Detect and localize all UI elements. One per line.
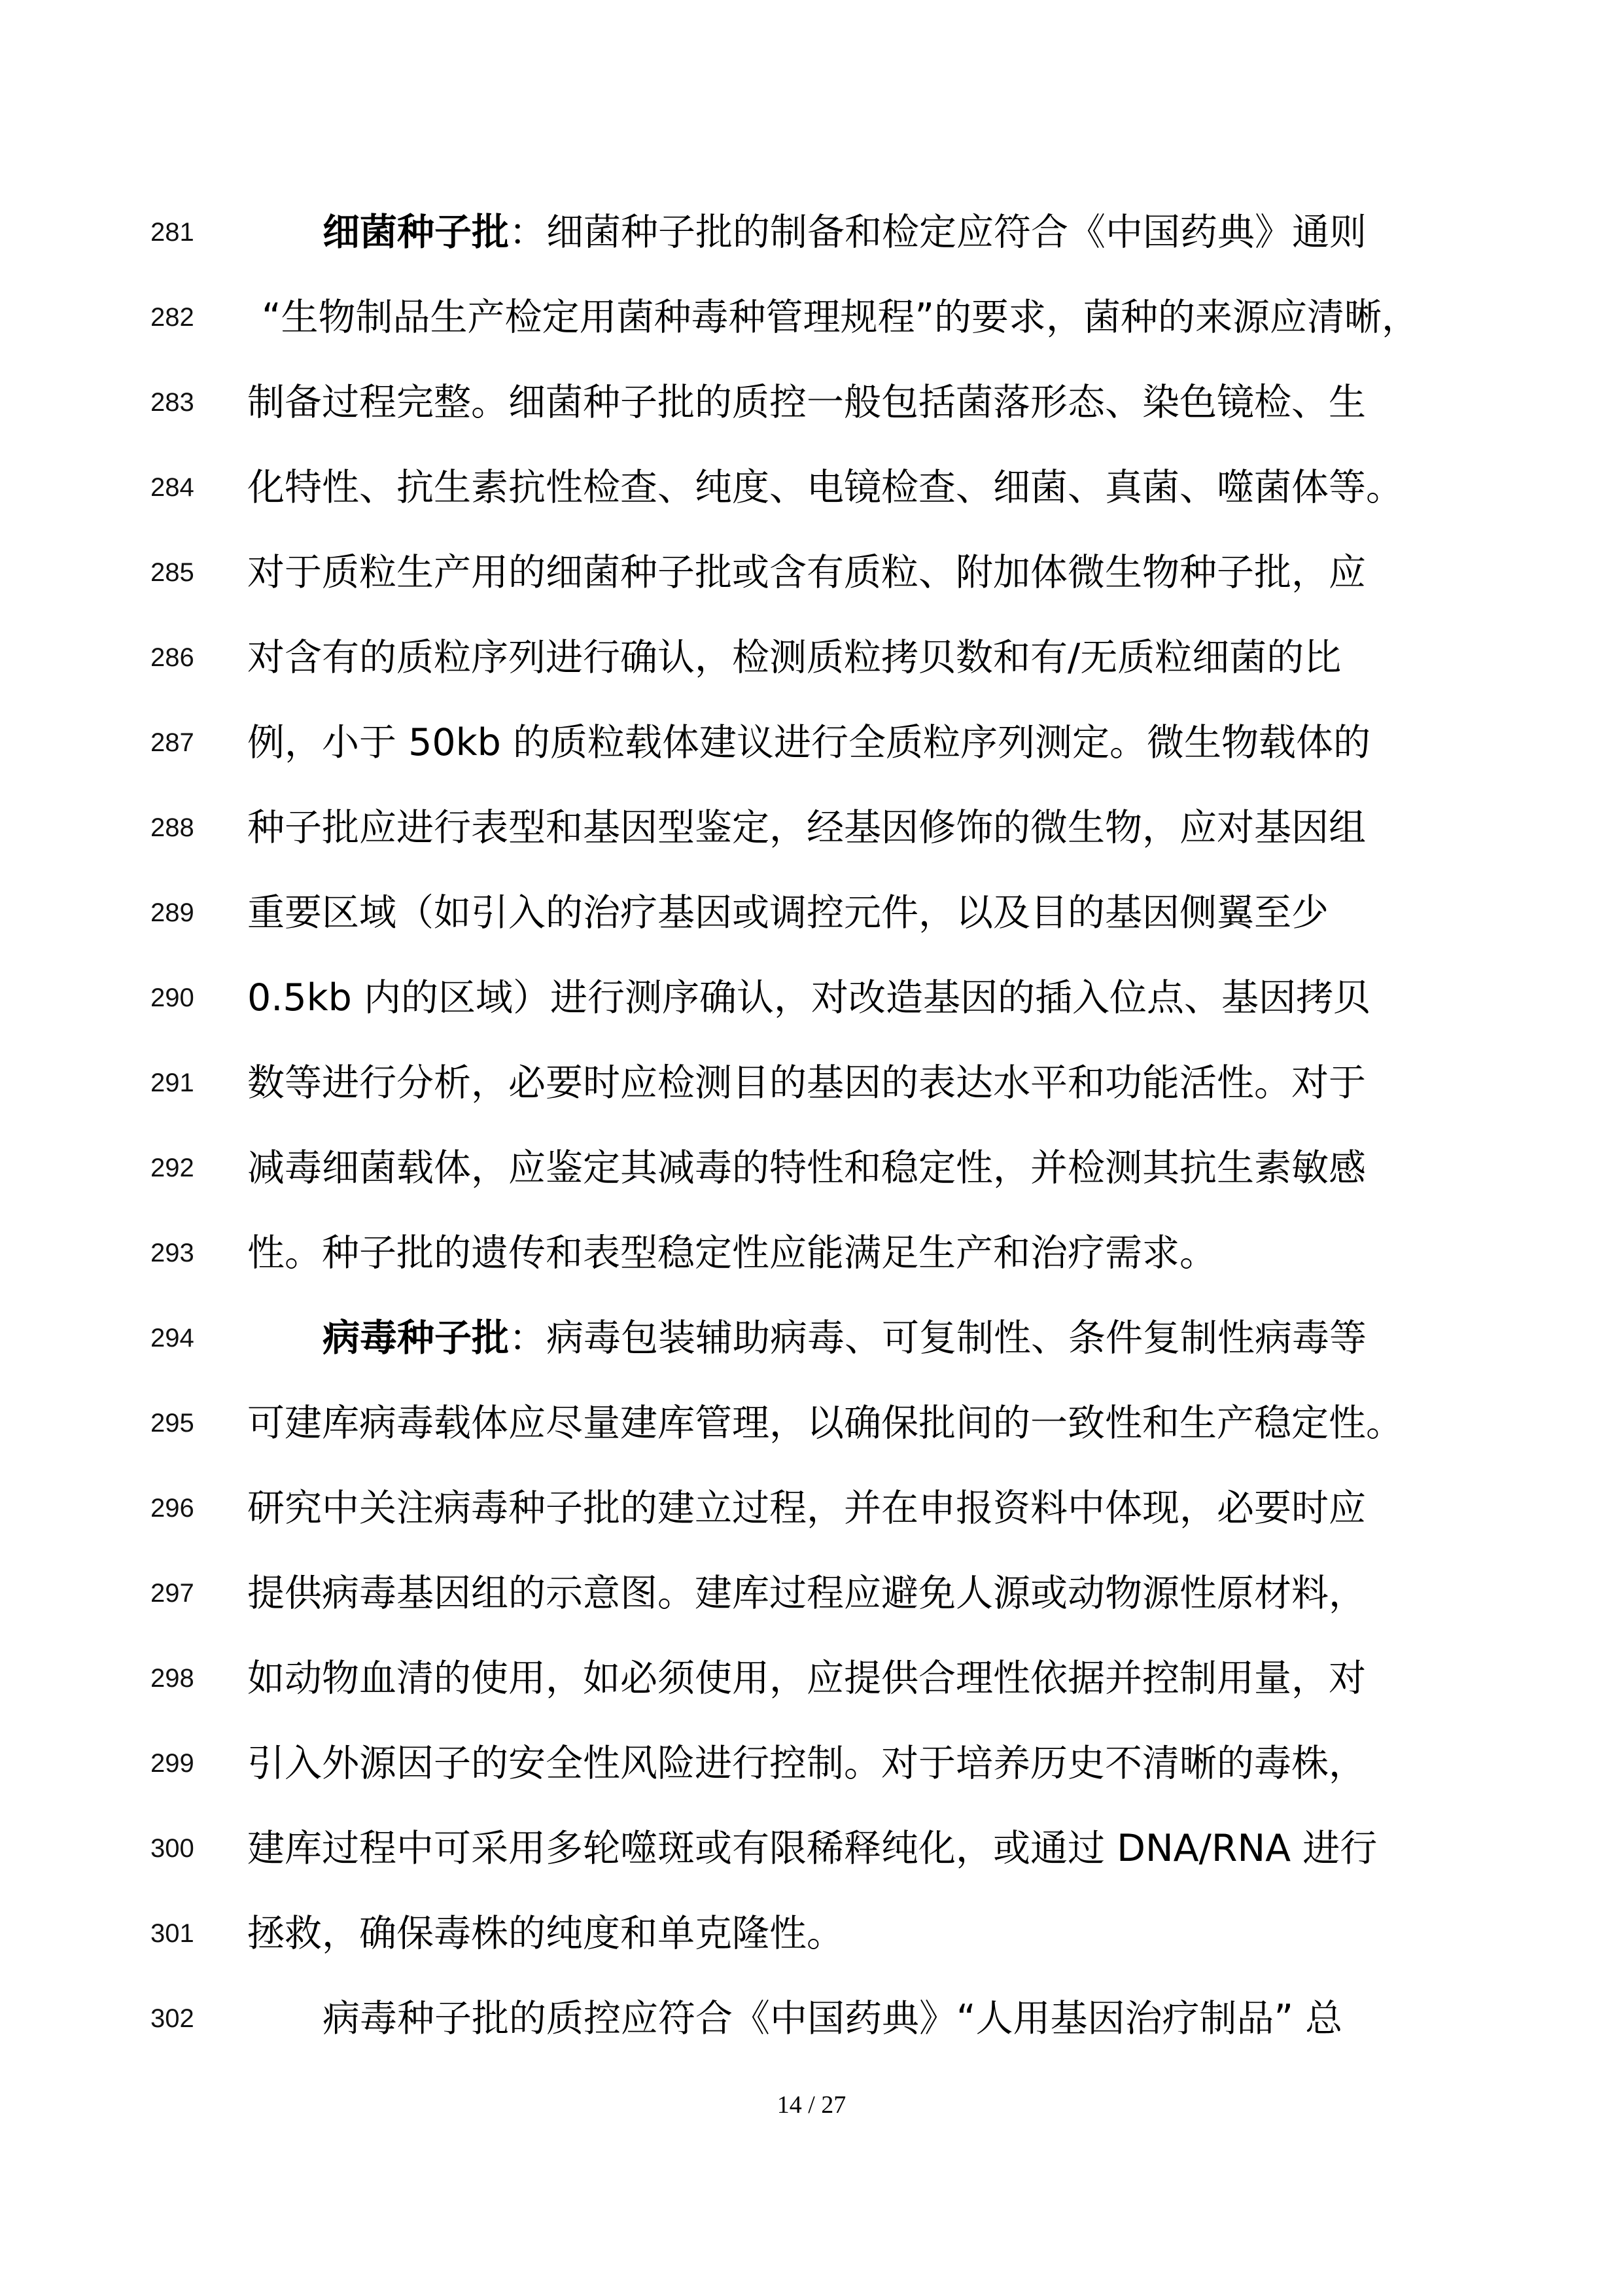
line-number: 290 [150, 955, 209, 1040]
line-text: 病毒种子批：病毒包装辅助病毒、可复制性、条件复制性病毒等 [323, 1296, 1474, 1381]
text-line: 289 重要区域（如引入的治疗基因或调控元件，以及目的基因侧翼至少 [0, 870, 1623, 955]
line-number: 291 [150, 1040, 209, 1125]
line-text: 种子批应进行表型和基因型鉴定，经基因修饰的微生物，应对基因组 [247, 785, 1399, 870]
line-text: 拯救，确保毒株的纯度和单克隆性。 [247, 1891, 1399, 1976]
line-text: 重要区域（如引入的治疗基因或调控元件，以及目的基因侧翼至少 [247, 870, 1399, 955]
line-text: “生物制品生产检定用菌种毒种管理规程”的要求，菌种的来源应清晰， [262, 275, 1413, 360]
line-number: 299 [150, 1721, 209, 1806]
line-number: 293 [150, 1210, 209, 1296]
text-line: 294 病毒种子批：病毒包装辅助病毒、可复制性、条件复制性病毒等 [0, 1296, 1623, 1381]
line-number: 284 [150, 445, 209, 530]
line-number: 295 [150, 1381, 209, 1466]
line-text: 减毒细菌载体，应鉴定其减毒的特性和稳定性，并检测其抗生素敏感 [247, 1125, 1399, 1210]
text-line: 293 性。种子批的遗传和表型稳定性应能满足生产和治疗需求。 [0, 1210, 1623, 1296]
text-line: 301 拯救，确保毒株的纯度和单克隆性。 [0, 1891, 1623, 1976]
document-page: 281 细菌种子批：细菌种子批的制备和检定应符合《中国药典》通则 282 “生物… [0, 0, 1623, 2296]
text-line: 300 建库过程中可采用多轮噬斑或有限稀释纯化，或通过 DNA/RNA 进行 [0, 1806, 1623, 1891]
text-line: 285 对于质粒生产用的细菌种子批或含有质粒、附加体微生物种子批，应 [0, 530, 1623, 615]
line-text: 0.5kb 内的区域）进行测序确认，对改造基因的插入位点、基因拷贝 [247, 955, 1399, 1040]
line-text: 数等进行分析，必要时应检测目的基因的表达水平和功能活性。对于 [247, 1040, 1399, 1125]
line-text: 病毒种子批的质控应符合《中国药典》“人用基因治疗制品” 总 [323, 1976, 1474, 2061]
line-number: 296 [150, 1466, 209, 1551]
text-line: 291 数等进行分析，必要时应检测目的基因的表达水平和功能活性。对于 [0, 1040, 1623, 1125]
line-number: 286 [150, 615, 209, 700]
line-text: 对于质粒生产用的细菌种子批或含有质粒、附加体微生物种子批，应 [247, 530, 1399, 615]
text-line: 290 0.5kb 内的区域）进行测序确认，对改造基因的插入位点、基因拷贝 [0, 955, 1623, 1040]
text-line: 287 例，小于 50kb 的质粒载体建议进行全质粒序列测定。微生物载体的 [0, 700, 1623, 785]
line-text: 建库过程中可采用多轮噬斑或有限稀释纯化，或通过 DNA/RNA 进行 [247, 1806, 1399, 1891]
text-line: 288 种子批应进行表型和基因型鉴定，经基因修饰的微生物，应对基因组 [0, 785, 1623, 870]
line-number: 294 [150, 1296, 209, 1381]
text-line: 299 引入外源因子的安全性风险进行控制。对于培养历史不清晰的毒株， [0, 1721, 1623, 1806]
line-text: 性。种子批的遗传和表型稳定性应能满足生产和治疗需求。 [247, 1210, 1399, 1296]
line-text: 化特性、抗生素抗性检查、纯度、电镜检查、细菌、真菌、噬菌体等。 [247, 445, 1399, 530]
line-text: 制备过程完整。细菌种子批的质控一般包括菌落形态、染色镜检、生 [247, 360, 1399, 445]
line-number: 302 [150, 1976, 209, 2061]
line-number: 297 [150, 1551, 209, 1636]
section-heading: 病毒种子批 [323, 1316, 509, 1360]
line-text: 细菌种子批：细菌种子批的制备和检定应符合《中国药典》通则 [323, 190, 1474, 275]
text-line: 298 如动物血清的使用，如必须使用，应提供合理性依据并控制用量，对 [0, 1636, 1623, 1721]
text-line: 292 减毒细菌载体，应鉴定其减毒的特性和稳定性，并检测其抗生素敏感 [0, 1125, 1623, 1210]
text-line: 282 “生物制品生产检定用菌种毒种管理规程”的要求，菌种的来源应清晰， [0, 275, 1623, 360]
line-number: 283 [150, 360, 209, 445]
line-number: 287 [150, 700, 209, 785]
text-line: 286 对含有的质粒序列进行确认，检测质粒拷贝数和有/无质粒细菌的比 [0, 615, 1623, 700]
line-text: 可建库病毒载体应尽量建库管理，以确保批间的一致性和生产稳定性。 [247, 1381, 1399, 1466]
text-line: 302 病毒种子批的质控应符合《中国药典》“人用基因治疗制品” 总 [0, 1976, 1623, 2061]
line-text: 对含有的质粒序列进行确认，检测质粒拷贝数和有/无质粒细菌的比 [247, 615, 1399, 700]
line-number: 282 [150, 275, 209, 360]
line-text: 引入外源因子的安全性风险进行控制。对于培养历史不清晰的毒株， [247, 1721, 1399, 1806]
page-indicator: 14 / 27 [0, 2091, 1623, 2119]
text-line: 284 化特性、抗生素抗性检查、纯度、电镜检查、细菌、真菌、噬菌体等。 [0, 445, 1623, 530]
line-number: 288 [150, 785, 209, 870]
line-number: 301 [150, 1891, 209, 1976]
text-line: 281 细菌种子批：细菌种子批的制备和检定应符合《中国药典》通则 [0, 190, 1623, 275]
line-text: 例，小于 50kb 的质粒载体建议进行全质粒序列测定。微生物载体的 [247, 700, 1399, 785]
section-heading: 细菌种子批 [323, 211, 509, 254]
line-text: 如动物血清的使用，如必须使用，应提供合理性依据并控制用量，对 [247, 1636, 1399, 1721]
text-line: 283 制备过程完整。细菌种子批的质控一般包括菌落形态、染色镜检、生 [0, 360, 1623, 445]
line-text: 提供病毒基因组的示意图。建库过程应避免人源或动物源性原材料， [247, 1551, 1399, 1636]
text-line: 295 可建库病毒载体应尽量建库管理，以确保批间的一致性和生产稳定性。 [0, 1381, 1623, 1466]
line-text: 研究中关注病毒种子批的建立过程，并在申报资料中体现，必要时应 [247, 1466, 1399, 1551]
line-number: 292 [150, 1125, 209, 1210]
line-number: 300 [150, 1806, 209, 1891]
line-number: 281 [150, 190, 209, 275]
line-number: 289 [150, 870, 209, 955]
text-line: 296 研究中关注病毒种子批的建立过程，并在申报资料中体现，必要时应 [0, 1466, 1623, 1551]
text-line: 297 提供病毒基因组的示意图。建库过程应避免人源或动物源性原材料， [0, 1551, 1623, 1636]
line-number: 298 [150, 1636, 209, 1721]
line-number: 285 [150, 530, 209, 615]
